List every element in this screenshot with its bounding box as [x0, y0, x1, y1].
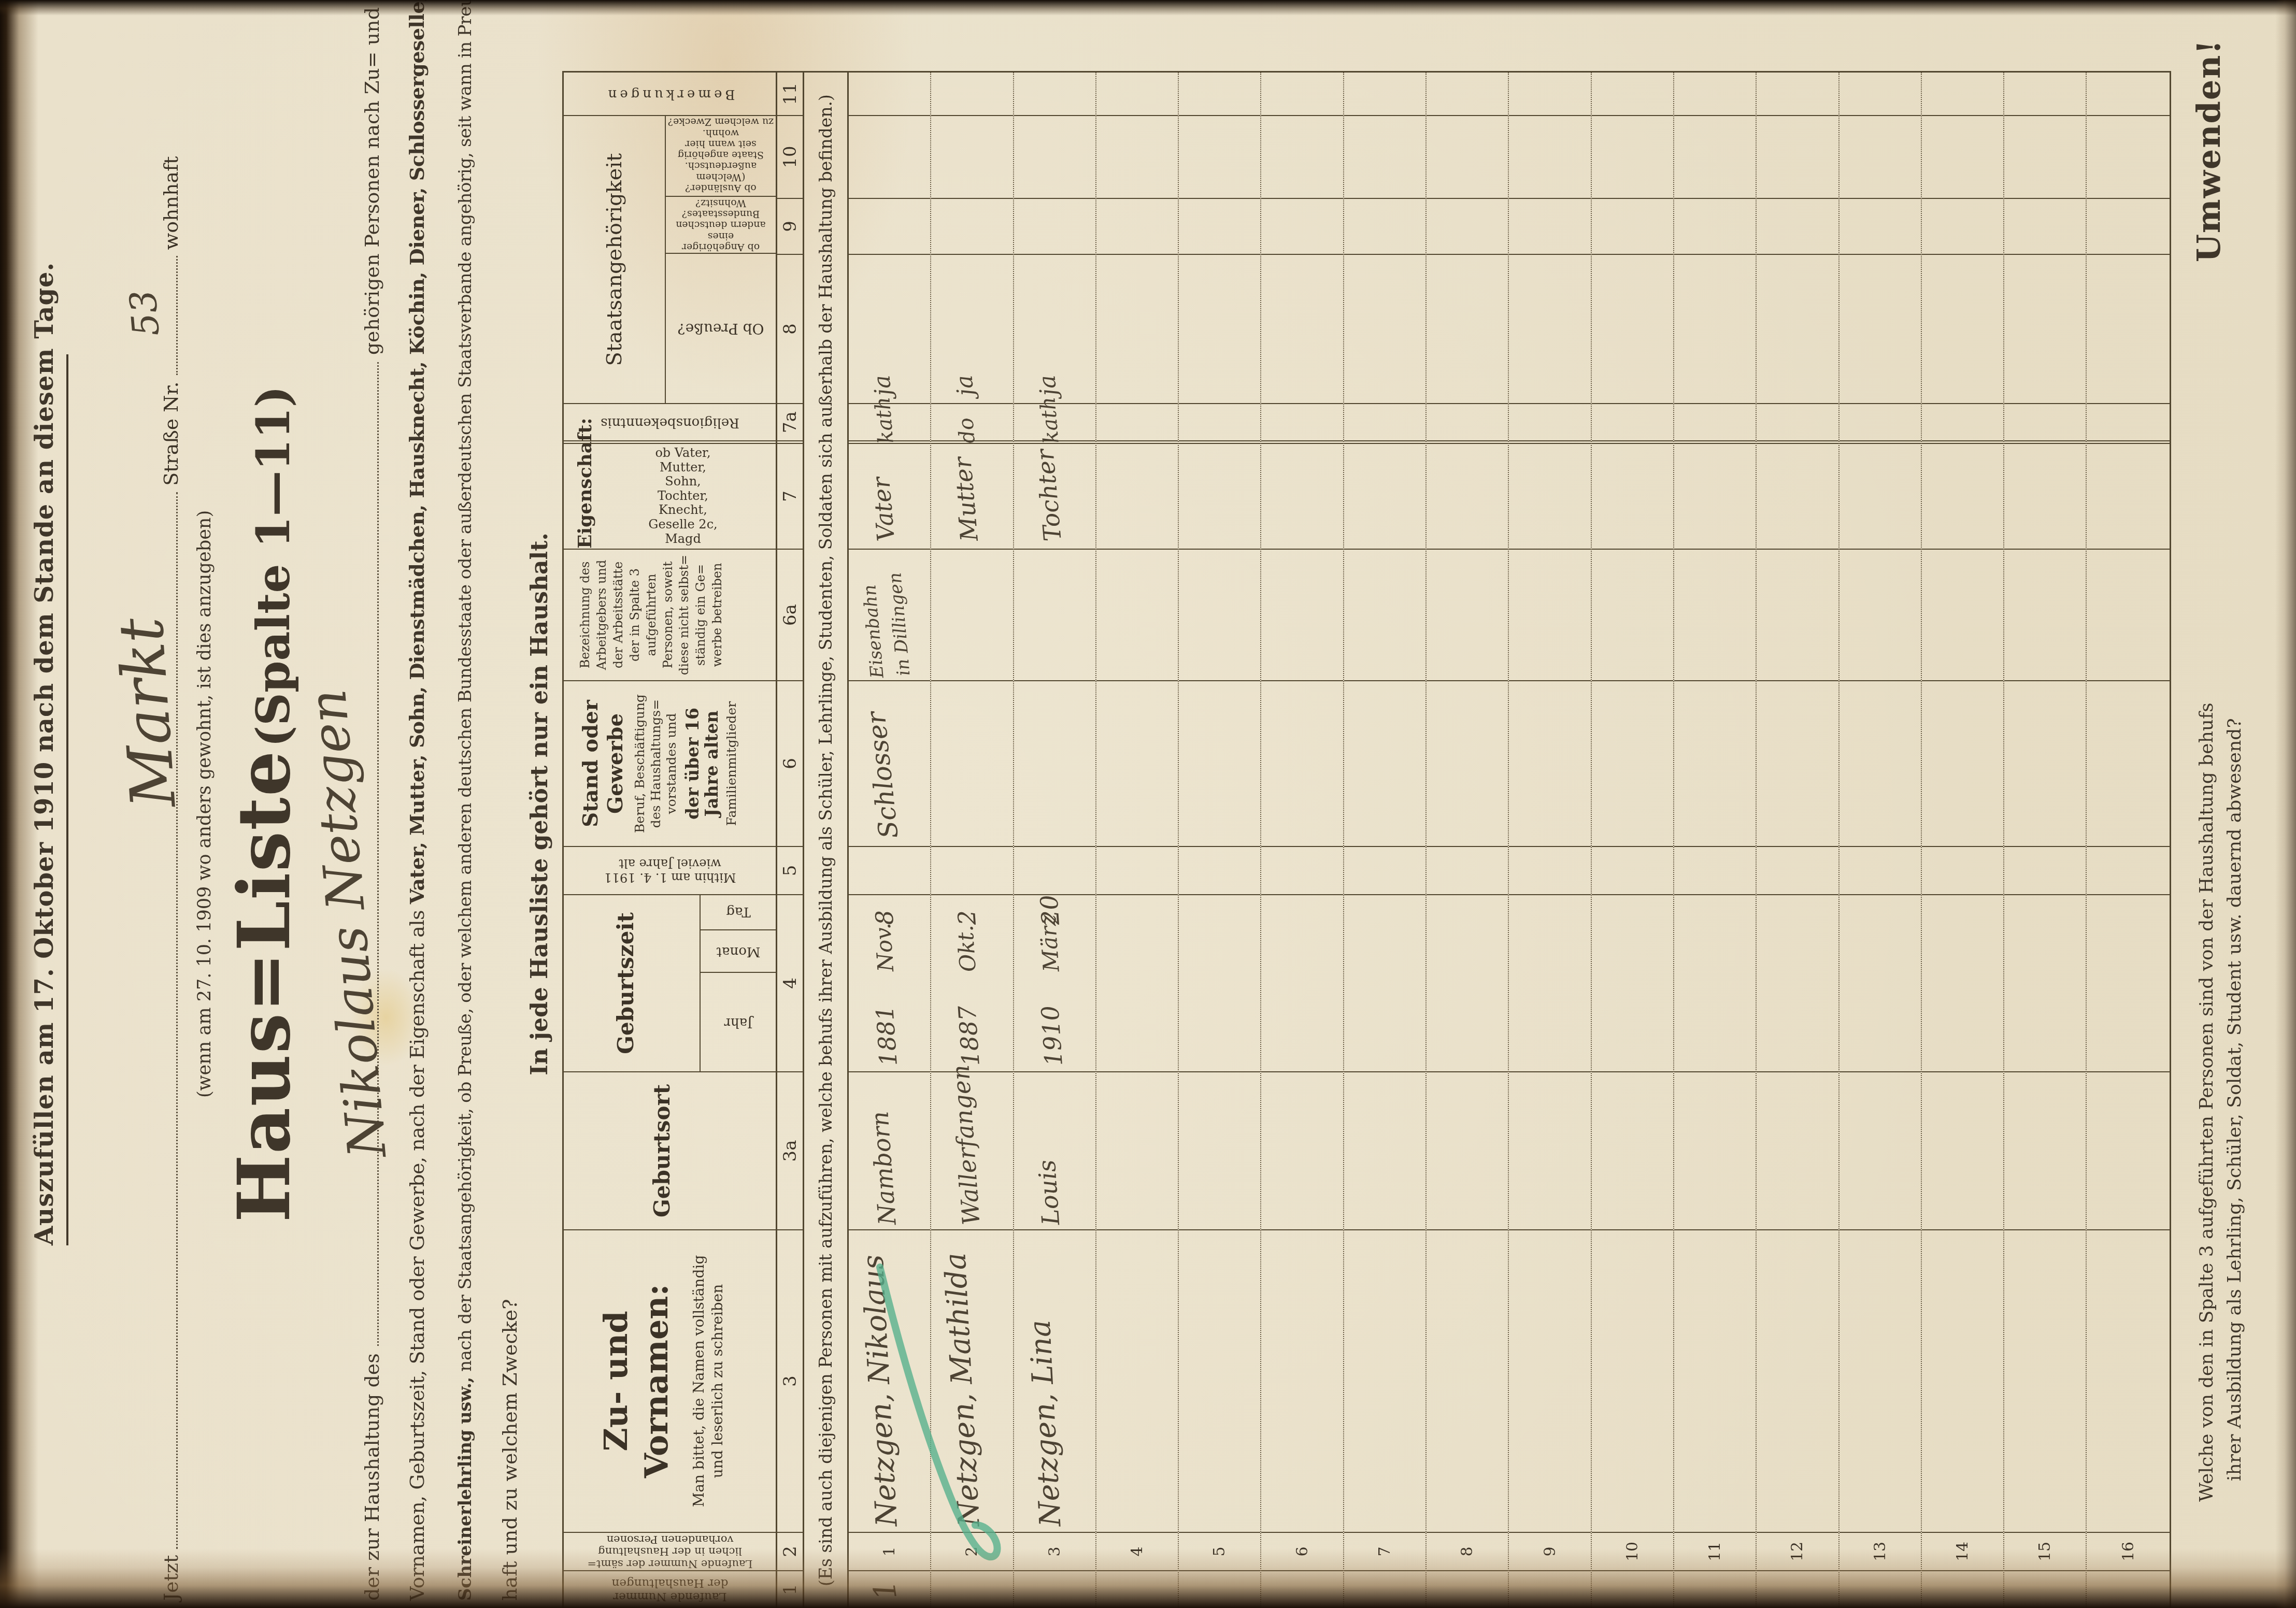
cell-eigenschaft [2087, 444, 2169, 550]
cell-stand-gewerbe [2087, 681, 2169, 847]
cell-geburtszeit [1922, 895, 2003, 1072]
cell-person-nr: 12 [1757, 1533, 1838, 1571]
cell-tag: 8 [849, 895, 930, 931]
cell-person-nr: 9 [1509, 1533, 1590, 1571]
cell-bemerkungen [1757, 73, 1838, 116]
cell-name [2004, 1230, 2086, 1533]
cell-geburtsort: Namborn [849, 1072, 930, 1230]
cell-tag [1096, 895, 1178, 931]
col2-header-text: Laufende Nummer der sämt=lichen in der H… [567, 1533, 773, 1570]
cell-monat [1839, 931, 1921, 973]
cell-name [1096, 1230, 1178, 1533]
cell-bemerkungen [1922, 73, 2003, 116]
cell-haushalt-nr [1757, 1571, 1838, 1608]
cell-preusse: ja [849, 255, 930, 404]
table-row: 7 [1344, 73, 1427, 1608]
col4-sub-jahr: Jahr [701, 973, 776, 1071]
cell-geburtsort [1427, 1072, 1508, 1230]
cell-geburtszeit [1757, 895, 1838, 1072]
cell-auslaender [849, 116, 930, 199]
intro-line-2: Vornamen, Geburtszeit, Stand oder Gewerb… [405, 0, 429, 1601]
intro-line2-bold: Vater, Mutter, Sohn, Dienstmädchen, Haus… [405, 0, 429, 904]
cell-geburtszeit [2004, 895, 2086, 1072]
cell-stand-gewerbe [1839, 681, 1921, 847]
cell-tag [1344, 895, 1425, 931]
col4-subheader: Jahr Monat Tag [700, 895, 776, 1071]
cell-name: Netzgen, Nikolaus [849, 1230, 930, 1533]
cell-eigenschaft [1179, 444, 1260, 550]
cell-auslaender [1922, 116, 2003, 199]
cell-preusse [1674, 255, 1756, 404]
cell-auslaender [1592, 116, 1673, 199]
cell-arbeitgeber [1757, 550, 1838, 681]
absent-persons-question-line2: ihrer Ausbildung als Lehrling, Schüler, … [2224, 718, 2245, 1481]
table-row: 8 [1427, 73, 1509, 1608]
cell-name [1509, 1230, 1590, 1533]
cell-haushalt-nr [1509, 1571, 1590, 1608]
cell-religion [1261, 404, 1343, 444]
cell-geburtszeit: 1881 Nov. 8 [849, 895, 930, 1072]
cell-geburtsort [1344, 1072, 1425, 1230]
cell-name [1674, 1230, 1756, 1533]
cell-auslaender [1179, 116, 1260, 199]
cell-preusse: ja [1014, 255, 1095, 404]
cell-jahr: 1887 [931, 973, 1012, 1071]
cell-geburtsort [1674, 1072, 1756, 1230]
intro-line3-regular: nach der Staatsangehörigkeit, ob Preuße,… [455, 0, 476, 1377]
cell-eigenschaft [1839, 444, 1921, 550]
cell-alter [1592, 847, 1673, 895]
colno-5: 5 [777, 847, 803, 895]
cell-jahr [1592, 973, 1673, 1071]
col5-header: Mithin am 1. 4. 1911wieviel Jahre alt [564, 847, 776, 895]
staatsangehoerigkeit-group-title: Staatsangehörigkeit [564, 116, 666, 403]
cell-jahr [1757, 973, 1838, 1071]
cell-auslaender [1509, 116, 1590, 199]
cell-arbeitgeber [2004, 550, 2086, 681]
cell-religion [2004, 404, 2086, 444]
cell-tag [1674, 895, 1756, 931]
cell-tag: 20 [1014, 895, 1095, 931]
cell-arbeitgeber [1592, 550, 1673, 681]
table-row: 12 [1757, 73, 1839, 1608]
table-row: 10 [1592, 73, 1674, 1608]
col3-subtext: Man bittet, die Namen vollständigund les… [690, 1230, 728, 1532]
cell-auslaender [1674, 116, 1756, 199]
intro-line3-bold: Schreinerlehrling usw., [455, 1377, 476, 1601]
col8-10-group: Staatsangehörigkeit Ob Preuße? ob Angehö… [564, 116, 776, 404]
cell-geburtszeit: 1887 Okt. 2 [931, 895, 1012, 1072]
col7-list: ob Vater,Mutter,Sohn,Tochter,Knecht,Gese… [605, 446, 761, 546]
cell-geburtszeit [1509, 895, 1590, 1072]
haus-liste-page: Auszufüllen am 17. Oktober 1910 nach dem… [0, 0, 2296, 1608]
cell-bundesstaat [1592, 199, 1673, 255]
cell-name [1839, 1230, 1921, 1533]
cell-haushalt-nr [1674, 1571, 1756, 1608]
cell-eigenschaft [1757, 444, 1838, 550]
cell-alter [1344, 847, 1425, 895]
cell-religion [1096, 404, 1178, 444]
cell-geburtsort [1757, 1072, 1838, 1230]
jetzt-label: Jetzt [160, 1555, 182, 1601]
cell-auslaender [1427, 116, 1508, 199]
cell-preusse [1261, 255, 1343, 404]
cell-geburtsort [1592, 1072, 1673, 1230]
cell-jahr [1509, 973, 1590, 1071]
table-row: 9 [1509, 73, 1591, 1608]
cell-person-nr: 13 [1839, 1533, 1921, 1571]
cell-arbeitgeber [1179, 550, 1260, 681]
cell-alter [1261, 847, 1343, 895]
cell-alter [1839, 847, 1921, 895]
cell-geburtszeit [1344, 895, 1425, 1072]
cell-stand-gewerbe [1674, 681, 1756, 847]
cell-geburtsort [1179, 1072, 1260, 1230]
col4-title: Geburtszeit [613, 895, 638, 1071]
cell-bundesstaat [1344, 199, 1425, 255]
colno-7a: 7a [777, 404, 803, 444]
cell-bundesstaat [1674, 199, 1756, 255]
cell-bundesstaat [1179, 199, 1260, 255]
col7a-header: Religionsbekenntnis [564, 404, 776, 444]
cell-geburtszeit [1261, 895, 1343, 1072]
cell-geburtsort [1922, 1072, 2003, 1230]
cell-bemerkungen [2004, 73, 2086, 116]
cell-bemerkungen [1839, 73, 1921, 116]
cell-name: Netzgen, Mathilda [931, 1230, 1012, 1533]
cell-alter [1014, 847, 1095, 895]
col1-header-text: Laufende Nummerder Haushaltungen [567, 1576, 772, 1603]
cell-monat [1344, 931, 1425, 973]
cell-monat [1922, 931, 2003, 973]
cell-jahr [1096, 973, 1178, 1071]
table-row: 6 [1261, 73, 1344, 1608]
table-note-row: (Es sind auch diejenigen Personen mit au… [804, 73, 849, 1608]
scanned-census-sheet: Auszufüllen am 17. Oktober 1910 nach dem… [0, 0, 2296, 1608]
cell-preusse [1179, 255, 1260, 404]
intro-line1-left: der zur Haushaltung des [361, 1353, 383, 1601]
cell-haushalt-nr [1096, 1571, 1178, 1608]
cell-auslaender [1344, 116, 1425, 199]
cell-religion [2087, 404, 2169, 444]
col6a-header: Bezeichnung desArbeitgebers undder Arbei… [564, 550, 776, 681]
cell-religion [1839, 404, 1921, 444]
cell-tag [1179, 895, 1260, 931]
cell-tag: 2 [931, 895, 1012, 931]
cell-preusse: ja [931, 255, 1012, 404]
cell-alter [1427, 847, 1508, 895]
cell-haushalt-nr [2004, 1571, 2086, 1608]
cell-arbeitgeber [1096, 550, 1178, 681]
intro-line-3: Schreinerlehrling usw., nach der Staatsa… [455, 0, 476, 1601]
cell-bundesstaat [2087, 199, 2169, 255]
previous-residence-note: (wenn am 27. 10. 1909 wo anders gewohnt,… [194, 0, 215, 1608]
col10-header-text: ob Ausländer?(Welchem außerdeutsch.Staat… [667, 117, 774, 194]
cell-auslaender [1757, 116, 1838, 199]
cell-geburtsort [2004, 1072, 2086, 1230]
cell-monat [1592, 931, 1673, 973]
intro-line-4: haft und zu welchem Zwecke? [498, 1299, 521, 1601]
cell-geburtsort [1509, 1072, 1590, 1230]
cell-bemerkungen [1344, 73, 1425, 116]
cell-monat [1674, 931, 1756, 973]
cell-bundesstaat [1509, 199, 1590, 255]
cell-monat [1509, 931, 1590, 973]
cell-preusse [1509, 255, 1590, 404]
residence-line: Jetzt Straße Nr. wohnhaft [155, 26, 188, 1601]
cell-geburtszeit [1179, 895, 1260, 1072]
cell-eigenschaft [1261, 444, 1343, 550]
cell-auslaender [2087, 116, 2169, 199]
col10-header: ob Ausländer?(Welchem außerdeutsch.Staat… [666, 114, 776, 197]
cell-religion [1179, 404, 1260, 444]
cell-eigenschaft [1427, 444, 1508, 550]
cell-eigenschaft: Tochter [1014, 444, 1095, 550]
cell-jahr [1179, 973, 1260, 1071]
cell-person-nr: 2 [931, 1533, 1012, 1571]
cell-preusse [1096, 255, 1178, 404]
cell-haushalt-nr [1839, 1571, 1921, 1608]
cell-jahr [2004, 973, 2086, 1071]
cell-religion: kath [849, 404, 930, 444]
cell-haushalt-nr [1344, 1571, 1425, 1608]
table-row: 5 [1179, 73, 1261, 1608]
col4-header: Geburtszeit Jahr Monat Tag [564, 895, 776, 1072]
colno-6a: 6a [777, 550, 803, 681]
cell-stand-gewerbe [1014, 681, 1095, 847]
handwritten-street-name: Markt [105, 615, 189, 810]
table-row: 13 [1839, 73, 1922, 1608]
table-row: 2 Netzgen, Mathilda Wallerfangen 1887 Ok… [931, 73, 1014, 1608]
col3-title: Zu- und Vornamen: [596, 1230, 676, 1532]
col4-sub-monat: Monat [701, 930, 776, 973]
cell-tag [1509, 895, 1590, 931]
cell-tag [1757, 895, 1838, 931]
cell-arbeitgeber [1922, 550, 2003, 681]
cell-bundesstaat [1261, 199, 1343, 255]
cell-stand-gewerbe [1757, 681, 1838, 847]
cell-person-nr: 7 [1344, 1533, 1425, 1571]
cell-monat: Okt. [931, 931, 1012, 973]
cell-eigenschaft: Vater [849, 444, 930, 550]
cell-tag [1922, 895, 2003, 931]
cell-geburtszeit: 1910 März 20 [1014, 895, 1095, 1072]
cell-stand-gewerbe [1509, 681, 1590, 847]
cell-stand-gewerbe [1427, 681, 1508, 847]
cell-preusse [1757, 255, 1838, 404]
cell-religion [1757, 404, 1838, 444]
cell-geburtszeit [1427, 895, 1508, 1072]
col9-header: ob Angehöriger einesandern deutschenBund… [666, 197, 776, 254]
cell-stand-gewerbe: Schlosser [849, 681, 930, 847]
cell-arbeitgeber [1344, 550, 1425, 681]
cell-jahr: 1910 [1014, 973, 1095, 1071]
street-no-label: Straße Nr. [160, 381, 182, 485]
cell-haushalt-nr [931, 1571, 1012, 1608]
cell-haushalt-nr [2087, 1571, 2169, 1608]
cell-arbeitgeber [1839, 550, 1921, 681]
cell-stand-gewerbe [1922, 681, 2003, 847]
cell-religion: kath [1014, 404, 1095, 444]
cell-religion: do [931, 404, 1012, 444]
cell-religion [1674, 404, 1756, 444]
census-table: Laufende Nummerder Haushaltungen Laufend… [562, 71, 2171, 1608]
cell-geburtsort: Wallerfangen [931, 1072, 1012, 1230]
colno-2: 2 [777, 1533, 803, 1571]
cell-bemerkungen [1509, 73, 1590, 116]
cell-eigenschaft [1509, 444, 1590, 550]
col3a-title: Geburtsort [649, 1072, 675, 1229]
cell-person-nr: 10 [1592, 1533, 1673, 1571]
cell-name [1757, 1230, 1838, 1533]
cell-monat [2004, 931, 2086, 973]
table-row: 14 [1922, 73, 2004, 1608]
cell-alter [2004, 847, 2086, 895]
cell-jahr: 1881 [849, 973, 930, 1071]
cell-monat [2087, 931, 2169, 973]
cell-geburtszeit [1839, 895, 1921, 1072]
cell-monat [1096, 931, 1178, 973]
colno-6: 6 [777, 681, 803, 847]
cell-bundesstaat [1757, 199, 1838, 255]
cell-bundesstaat [849, 199, 930, 255]
cell-jahr [1922, 973, 2003, 1071]
cell-geburtsort: Louis [1014, 1072, 1095, 1230]
cell-auslaender [931, 116, 1012, 199]
cell-alter [849, 847, 930, 895]
cell-bemerkungen [1261, 73, 1343, 116]
cell-bundesstaat [931, 199, 1012, 255]
col11-header-text: Bemerkungen [567, 86, 773, 101]
page-title: Haus=Liste (Spalte 1—11) [222, 0, 306, 1608]
cell-preusse [1922, 255, 2003, 404]
col6-mid: Beruf, Beschäftigungdes Haushaltungs=vor… [632, 681, 680, 846]
colno-8: 8 [777, 255, 803, 404]
cell-bemerkungen [1179, 73, 1260, 116]
cell-haushalt-nr [1922, 1571, 2003, 1608]
cell-eigenschaft [1344, 444, 1425, 550]
cell-person-nr: 4 [1096, 1533, 1178, 1571]
cell-name [1592, 1230, 1673, 1533]
title-main: Haus=Liste [222, 750, 306, 1222]
cell-arbeitgeber [931, 550, 1012, 681]
cell-bundesstaat [1922, 199, 2003, 255]
cell-arbeitgeber [1261, 550, 1343, 681]
cell-preusse [1592, 255, 1673, 404]
cell-name [1261, 1230, 1343, 1533]
cell-arbeitgeber [1427, 550, 1508, 681]
cell-arbeitgeber [2087, 550, 2169, 681]
col6-bold: der über 16Jahre alten [683, 681, 722, 846]
col7-title: Eigenschaft: [574, 444, 596, 549]
table-body: 1 1 Netzgen, Nikolaus Namborn 1881 Nov. … [849, 73, 2170, 1608]
cell-jahr [2087, 973, 2169, 1071]
col11-header: Bemerkungen [564, 73, 776, 116]
cell-person-nr: 14 [1922, 1533, 2003, 1571]
col8-header-text: Ob Preuße? [669, 320, 773, 336]
cell-monat [1757, 931, 1838, 973]
cell-person-nr: 6 [1261, 1533, 1343, 1571]
colno-4: 4 [777, 895, 803, 1072]
cell-tag [1261, 895, 1343, 931]
cell-jahr [1427, 973, 1508, 1071]
cell-haushalt-nr [1014, 1571, 1095, 1608]
cell-geburtsort [2087, 1072, 2169, 1230]
turn-over-note: Umwenden! [2190, 39, 2228, 262]
col5-header-text: Mithin am 1. 4. 1911wieviel Jahre alt [569, 857, 771, 885]
col3-header: Zu- und Vornamen: Man bittet, die Namen … [564, 1230, 776, 1533]
table-row: 11 [1674, 73, 1757, 1608]
cell-bemerkungen [2087, 73, 2169, 116]
cell-preusse [1344, 255, 1425, 404]
colno-10: 10 [777, 116, 803, 199]
wohnhaft-label: wohnhaft [160, 156, 182, 250]
cell-haushalt-nr [1592, 1571, 1673, 1608]
cell-name [1344, 1230, 1425, 1533]
cell-bundesstaat [1427, 199, 1508, 255]
cell-eigenschaft: Mutter [931, 444, 1012, 550]
absent-persons-question-line1: Welche von den in Spalte 3 aufgeführten … [2196, 702, 2217, 1502]
col3-title-2: Vornamen: [637, 1284, 675, 1478]
cell-bemerkungen [849, 73, 930, 116]
cell-stand-gewerbe [1592, 681, 1673, 847]
cell-geburtszeit [1592, 895, 1673, 1072]
table-row: 4 [1096, 73, 1179, 1608]
cell-religion [1344, 404, 1425, 444]
cell-monat [1261, 931, 1343, 973]
cell-alter [1757, 847, 1838, 895]
cell-geburtszeit [2087, 895, 2169, 1072]
intro-line2-regular: Vornamen, Geburtszeit, Stand oder Gewerb… [406, 904, 429, 1601]
colno-3a: 3a [777, 1072, 803, 1230]
cell-geburtsort [1839, 1072, 1921, 1230]
cell-haushalt-nr [1179, 1571, 1260, 1608]
cell-tag [1592, 895, 1673, 931]
cell-bundesstaat [1839, 199, 1921, 255]
cell-person-nr: 3 [1014, 1533, 1095, 1571]
fill-in-date-header: Auszufüllen am 17. Oktober 1910 nach dem… [30, 354, 68, 1245]
cell-geburtsort [1261, 1072, 1343, 1230]
cell-monat [1179, 931, 1260, 973]
one-household-rule: In jede Hausliste gehört nur ein Haushal… [526, 0, 553, 1608]
cell-monat: Nov. [849, 931, 930, 973]
cell-auslaender [1014, 116, 1095, 199]
colno-9: 9 [777, 199, 803, 255]
title-columns: (Spalte 1—11) [246, 385, 300, 747]
col1-header: Laufende Nummerder Haushaltungen [564, 1571, 776, 1608]
cell-arbeitgeber [1674, 550, 1756, 681]
col2-header: Laufende Nummer der sämt=lichen in der H… [564, 1533, 776, 1571]
cell-preusse [1427, 255, 1508, 404]
cell-haushalt-nr [1427, 1571, 1508, 1608]
cell-bundesstaat [2004, 199, 2086, 255]
column-number-row: 1 2 3 3a 4 5 6 6a 7 7a 8 9 10 11 [776, 73, 804, 1608]
cell-preusse [2004, 255, 2086, 404]
cell-bemerkungen [1096, 73, 1178, 116]
col7a-header-text: Religionsbekenntnis [567, 414, 773, 429]
cell-arbeitgeber: Eisenbahnin Dillingen [849, 550, 930, 681]
table-header-row: Laufende Nummerder Haushaltungen Laufend… [564, 73, 776, 1608]
cell-preusse [2087, 255, 2169, 404]
table-row: 15 [2004, 73, 2087, 1608]
cell-bemerkungen [931, 73, 1012, 116]
cell-person-nr: 15 [2004, 1533, 2086, 1571]
cell-haushalt-nr [1261, 1571, 1343, 1608]
cell-auslaender [2004, 116, 2086, 199]
cell-tag [2087, 895, 2169, 931]
cell-religion [1592, 404, 1673, 444]
cell-geburtszeit [1096, 895, 1178, 1072]
